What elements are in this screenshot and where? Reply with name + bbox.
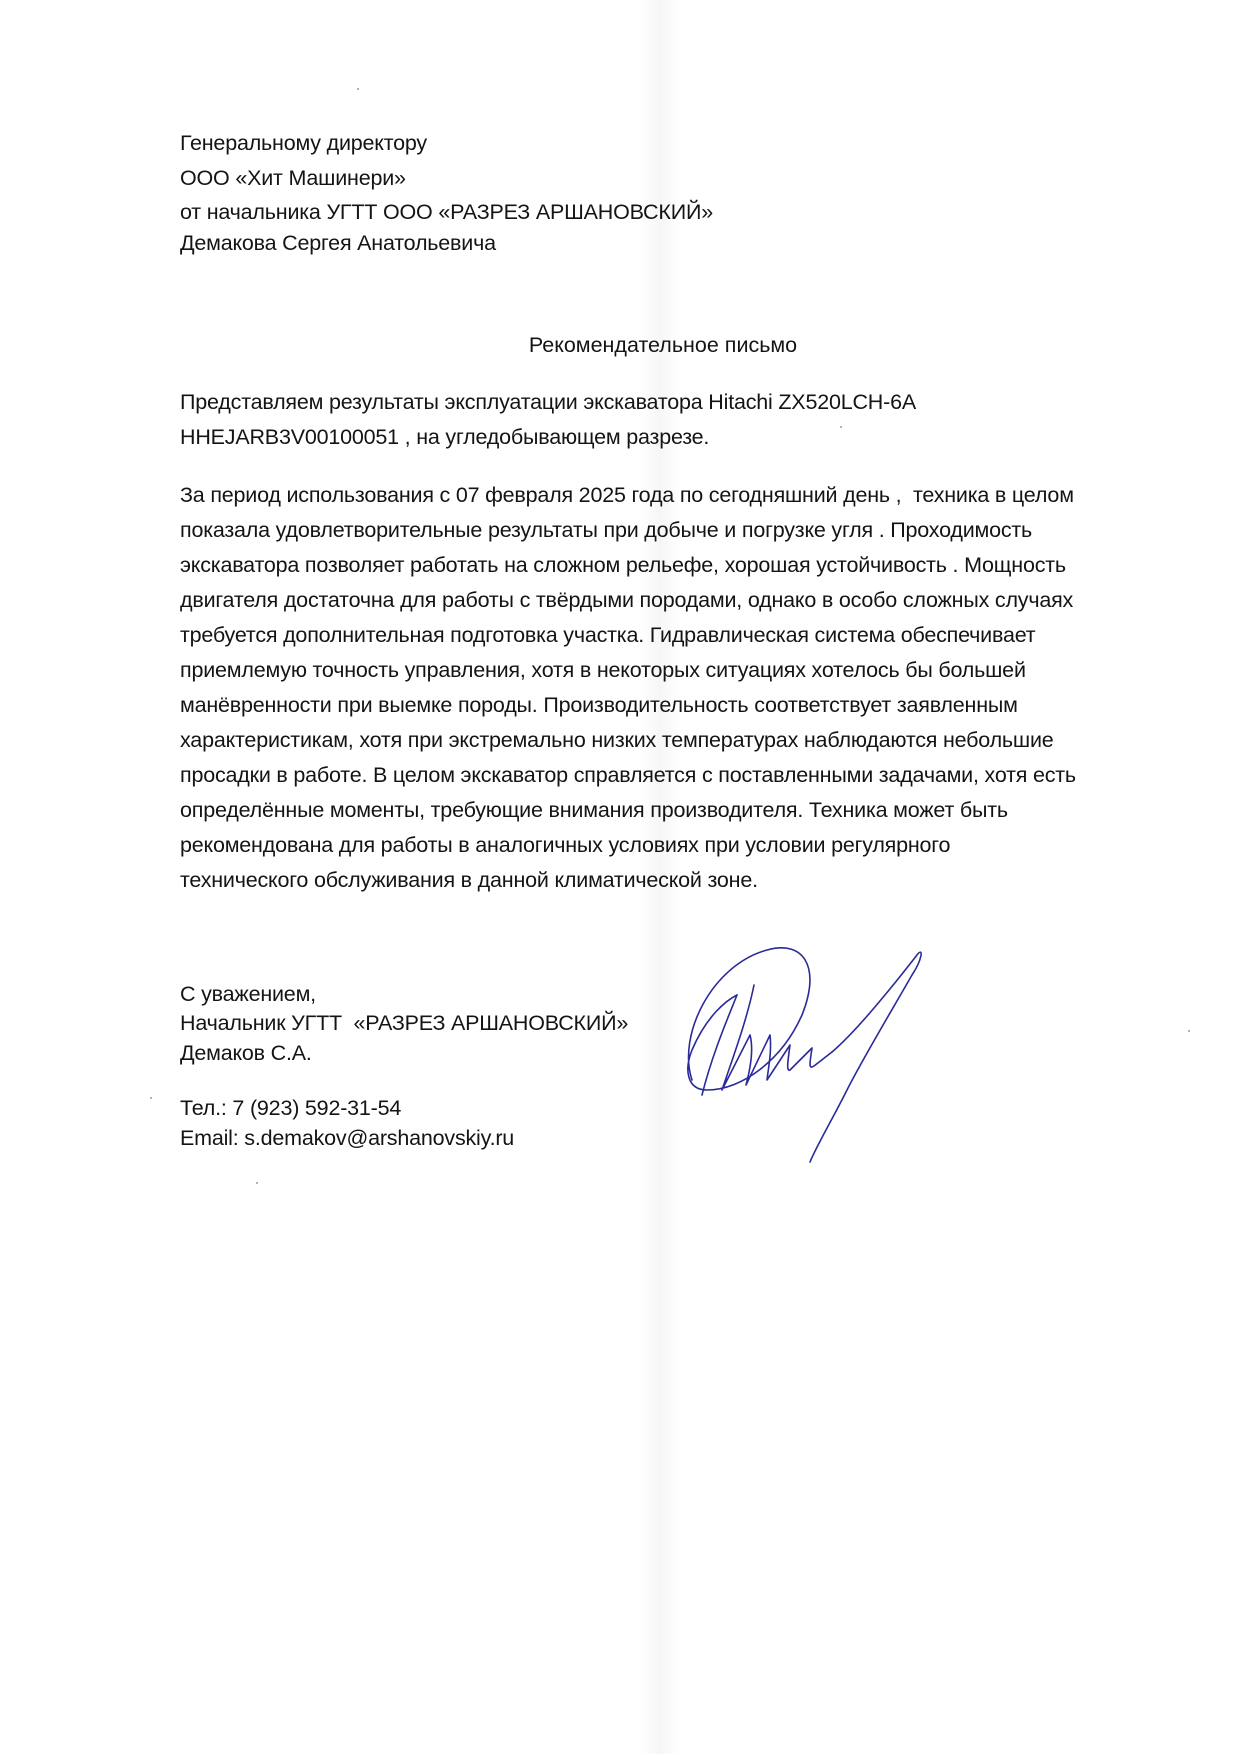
intro-line: Представляем результаты эксплуатации экс… — [180, 389, 916, 415]
body-line: приемлемую точность управления, хотя в н… — [180, 657, 1026, 683]
body-line: определённые моменты, требующие внимания… — [180, 797, 1008, 823]
body-line: За период использования с 07 февраля 202… — [180, 482, 1074, 508]
scan-speck — [150, 1097, 152, 1099]
contact-email: Email: s.demakov@arshanovskiy.ru — [180, 1125, 514, 1151]
letter-page: Генеральному директору ООО «Хит Машинери… — [0, 0, 1240, 1754]
closing-name: Демаков С.А. — [180, 1040, 312, 1066]
addressee-line: ООО «Хит Машинери» — [180, 165, 406, 191]
body-line: двигателя достаточна для работы с твёрды… — [180, 587, 1073, 613]
intro-line: HHEJARB3V00100051 , на угледобывающем ра… — [180, 424, 709, 450]
addressee-line: Генеральному директору — [180, 130, 427, 156]
addressee-line: Демакова Сергея Анатольевича — [180, 230, 496, 256]
body-line: требуется дополнительная подготовка учас… — [180, 622, 1035, 648]
closing-position: Начальник УГТТ «РАЗРЕЗ АРШАНОВСКИЙ» — [180, 1010, 628, 1036]
letter-title: Рекомендательное письмо — [0, 332, 1240, 358]
closing-regards: С уважением, — [180, 981, 316, 1007]
handwritten-signature — [672, 940, 1012, 1170]
body-line: технического обслуживания в данной клима… — [180, 867, 758, 893]
body-line: просадки в работе. В целом экскаватор сп… — [180, 762, 1076, 788]
scan-speck — [840, 426, 842, 428]
scan-speck — [256, 1182, 258, 1184]
addressee-line: от начальника УГТТ ООО «РАЗРЕЗ АРШАНОВСК… — [180, 199, 713, 225]
scan-speck — [1188, 1030, 1190, 1032]
body-line: рекомендована для работы в аналогичных у… — [180, 832, 950, 858]
body-line: показала удовлетворительные результаты п… — [180, 517, 1032, 543]
body-line: экскаватора позволяет работать на сложно… — [180, 552, 1066, 578]
scan-speck — [357, 88, 359, 90]
contact-phone: Тел.: 7 (923) 592-31-54 — [180, 1095, 401, 1121]
body-line: характеристикам, хотя при экстремально н… — [180, 727, 1054, 753]
body-line: манёвренности при выемке породы. Произво… — [180, 692, 1018, 718]
